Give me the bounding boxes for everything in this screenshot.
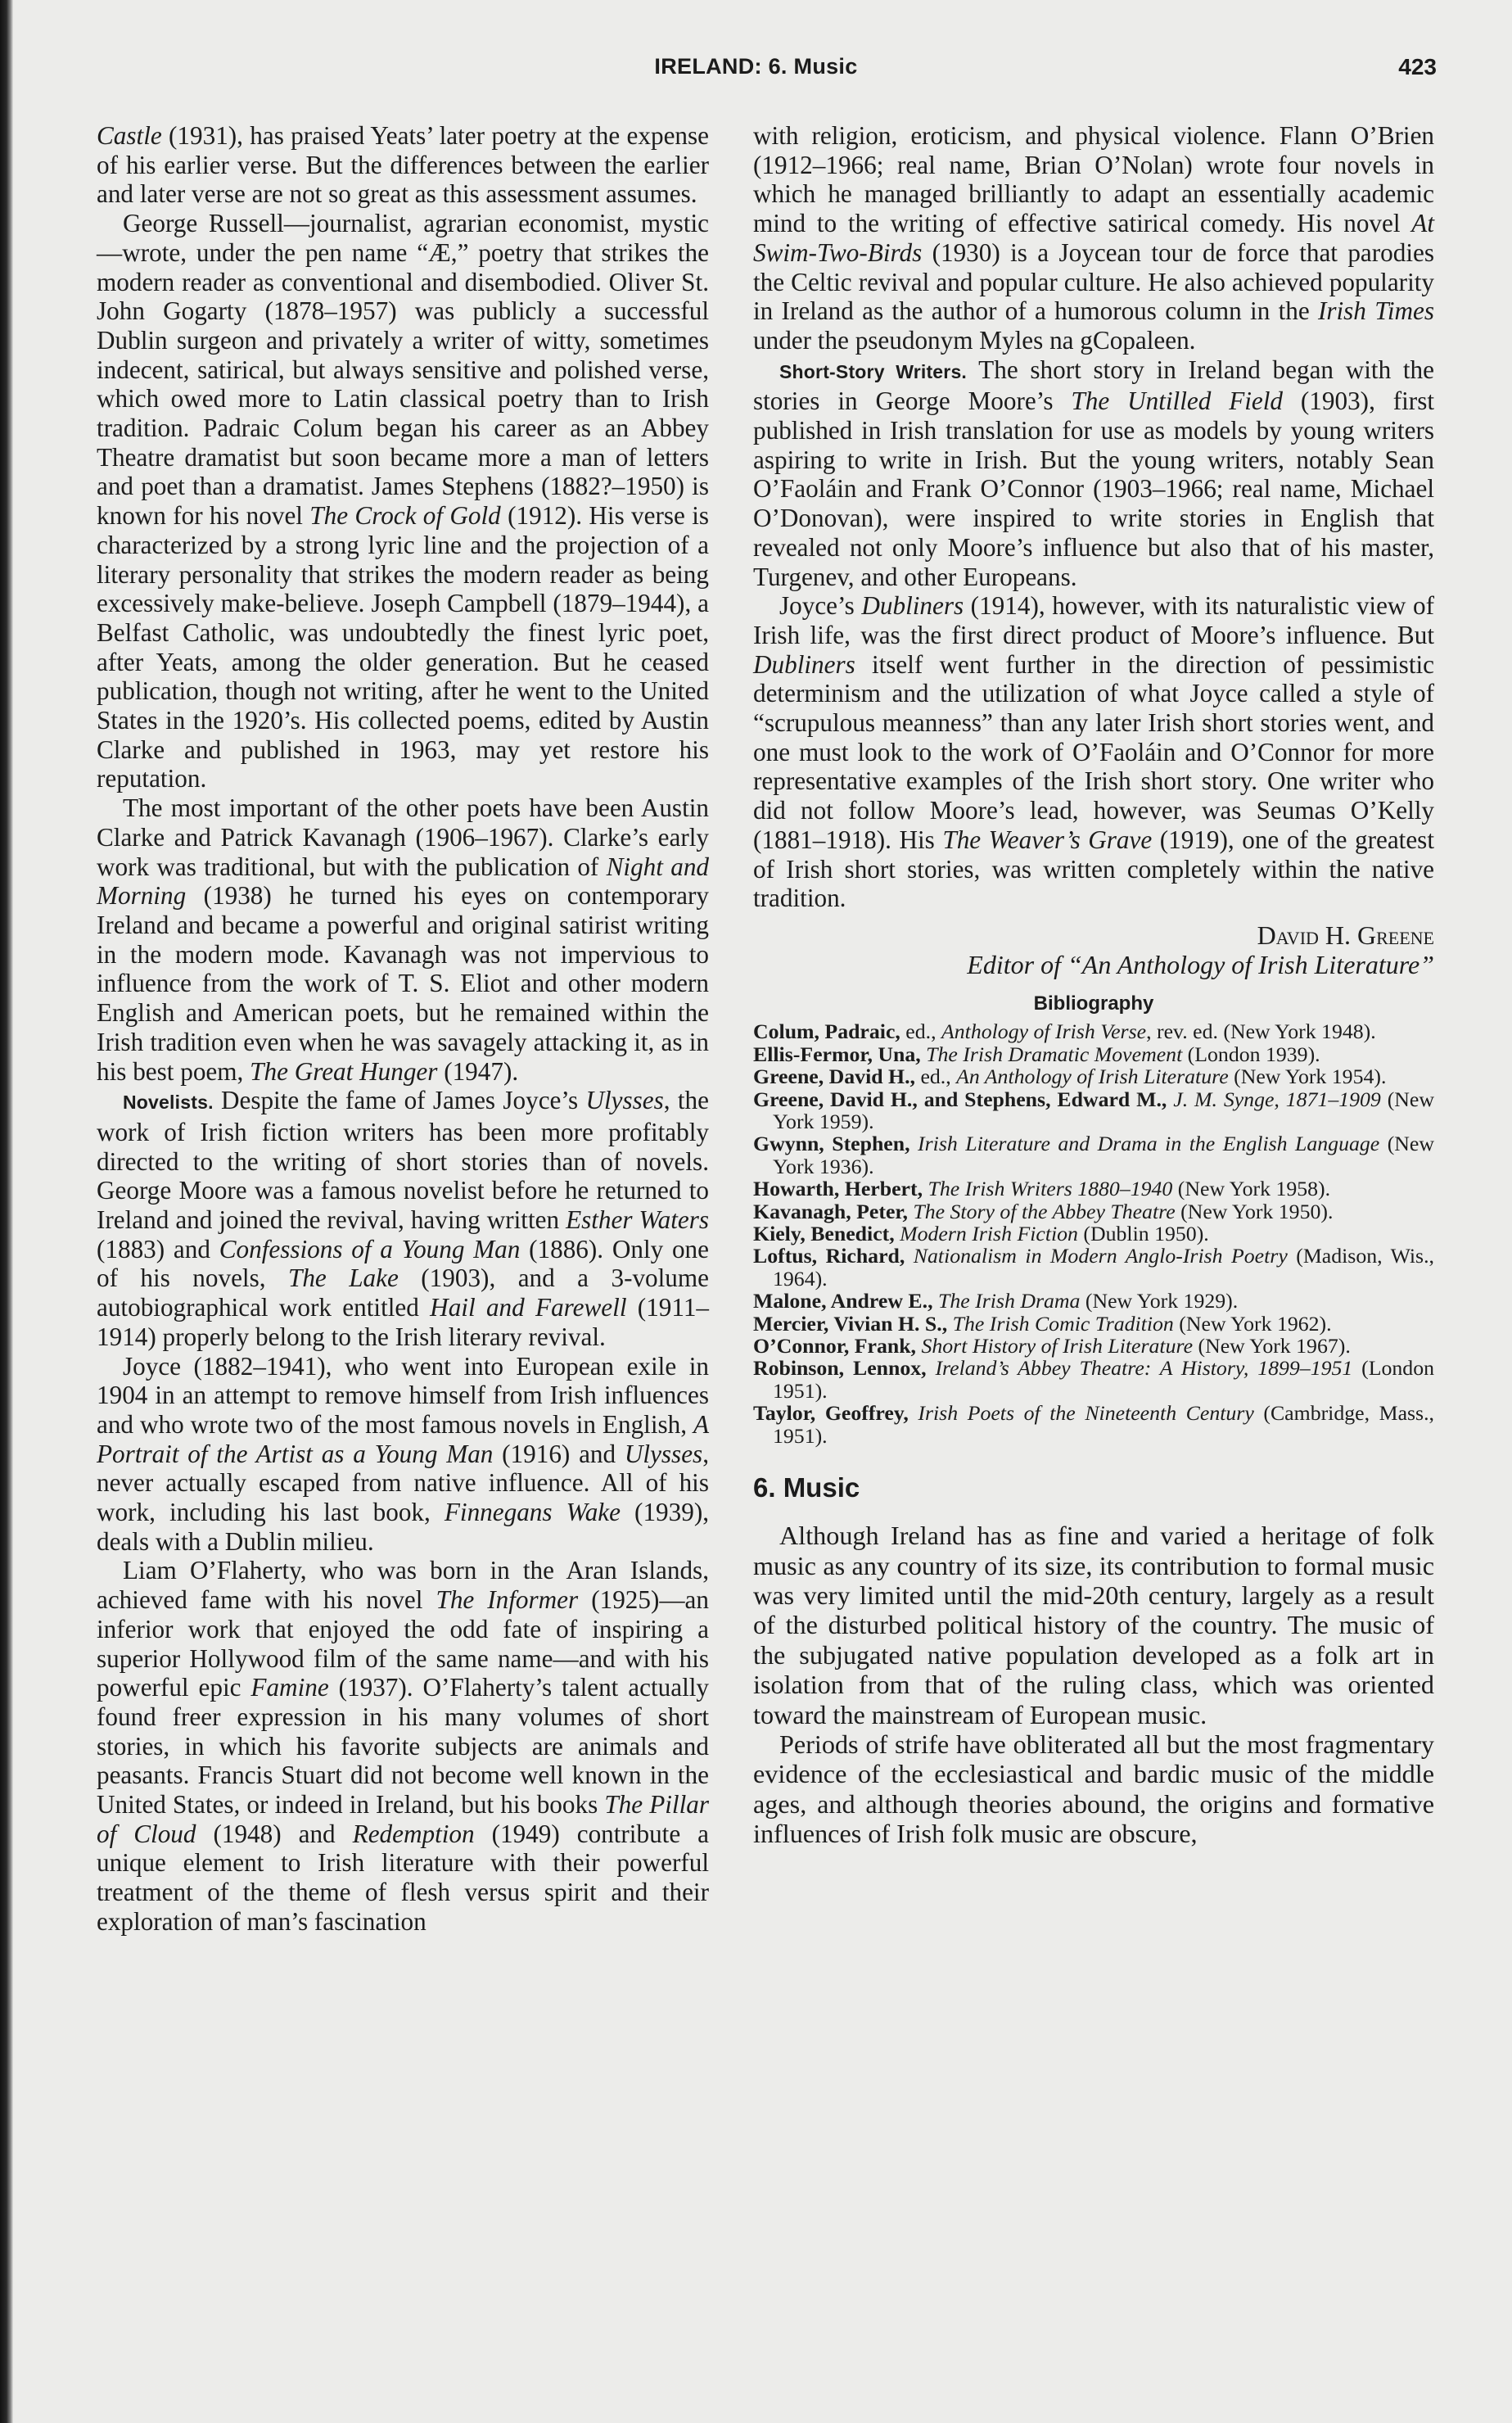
bibliography-entry: Kiely, Benedict, Modern Irish Fiction (D… [753,1223,1434,1245]
right-column: with religion, eroticism, and physical v… [753,121,1434,1849]
author-signature: David H. Greene [753,921,1434,951]
italic-title: The Untilled Field [1071,387,1283,415]
bibliography-entry: Gwynn, Stephen, Irish Literature and Dra… [753,1132,1434,1178]
italic-title: Castle [97,121,162,150]
italic-title: The Informer [436,1585,578,1614]
paragraph: Joyce’s Dubliners (1914), however, with … [753,591,1434,913]
book-spine-shadow [0,0,13,2423]
bibliography-entry: Malone, Andrew E., The Irish Drama (New … [753,1290,1434,1312]
paragraph-short-story-writers: Short-Story Writers. The short story in … [753,355,1434,592]
paragraph: Periods of strife have obliterated all b… [753,1729,1434,1849]
music-section-body: Although Ireland has as fine and varied … [753,1521,1434,1848]
italic-title: Ulysses [585,1086,663,1114]
bibliography-entry: O’Connor, Frank, Short History of Irish … [753,1335,1434,1357]
bibliography-entry: Greene, David H., and Stephens, Edward M… [753,1088,1434,1133]
bibliography-entry: Kavanagh, Peter, The Story of the Abbey … [753,1200,1434,1223]
bibliography-entry: Loftus, Richard, Nationalism in Modern A… [753,1245,1434,1290]
bibliography-entry: Greene, David H., ed., An Anthology of I… [753,1065,1434,1087]
paragraph: The most important of the other poets ha… [97,793,709,1086]
page-number: 423 [1398,54,1437,80]
section-heading-music: 6. Music [753,1471,1434,1504]
bibliography-heading: Bibliography [753,991,1434,1017]
italic-title: Dubliners [861,591,964,620]
bibliography-entry: Robinson, Lennox, Ireland’s Abbey Theatr… [753,1357,1434,1402]
bibliography-entry: Howarth, Herbert, The Irish Writers 1880… [753,1178,1434,1200]
bibliography-list: Colum, Padraic, ed., Anthology of Irish … [753,1020,1434,1447]
italic-title: Ulysses [625,1440,702,1468]
paragraph: with religion, eroticism, and physical v… [753,121,1434,355]
italic-title: Finnegans Wake [445,1498,621,1526]
italic-title: Hail and Farewell [430,1293,626,1322]
bibliography-entry: Colum, Padraic, ed., Anthology of Irish … [753,1020,1434,1042]
italic-title: Irish Times [1318,296,1434,325]
italic-title: The Great Hunger [250,1057,437,1086]
italic-title: Redemption [353,1820,475,1848]
left-column: Castle (1931), has praised Yeats’ later … [97,121,709,1937]
paragraph: Liam O’Flaherty, who was born in the Ara… [97,1556,709,1936]
italic-title: Dubliners [753,650,855,679]
italic-title: The Lake [288,1263,399,1292]
paragraph: Although Ireland has as fine and varied … [753,1521,1434,1729]
author-role: Editor of “An Anthology of Irish Literat… [753,951,1434,980]
paragraph: George Russell—journalist, agrarian econ… [97,209,709,793]
subsection-heading-short-story-writers: Short-Story Writers. [779,361,967,382]
running-head: IRELAND: 6. Music 423 [0,54,1512,87]
paragraph-novelists: Novelists. Despite the fame of James Joy… [97,1086,709,1351]
italic-title: The Weaver’s Grave [942,825,1152,854]
running-head-title: IRELAND: 6. Music [0,54,1512,79]
subsection-heading-novelists: Novelists. [123,1092,214,1113]
italic-title: Esther Waters [566,1205,709,1234]
italic-title: Famine [250,1673,328,1702]
paragraph: Joyce (1882–1941), who went into Europea… [97,1352,709,1557]
bibliography-entry: Mercier, Vivian H. S., The Irish Comic T… [753,1313,1434,1335]
paragraph: Castle (1931), has praised Yeats’ later … [97,121,709,209]
italic-title: The Crock of Gold [309,501,500,530]
bibliography-entry: Taylor, Geoffrey, Irish Poets of the Nin… [753,1402,1434,1447]
bibliography-entry: Ellis-Fermor, Una, The Irish Dramatic Mo… [753,1043,1434,1065]
italic-title: Confessions of a Young Man [219,1235,521,1263]
